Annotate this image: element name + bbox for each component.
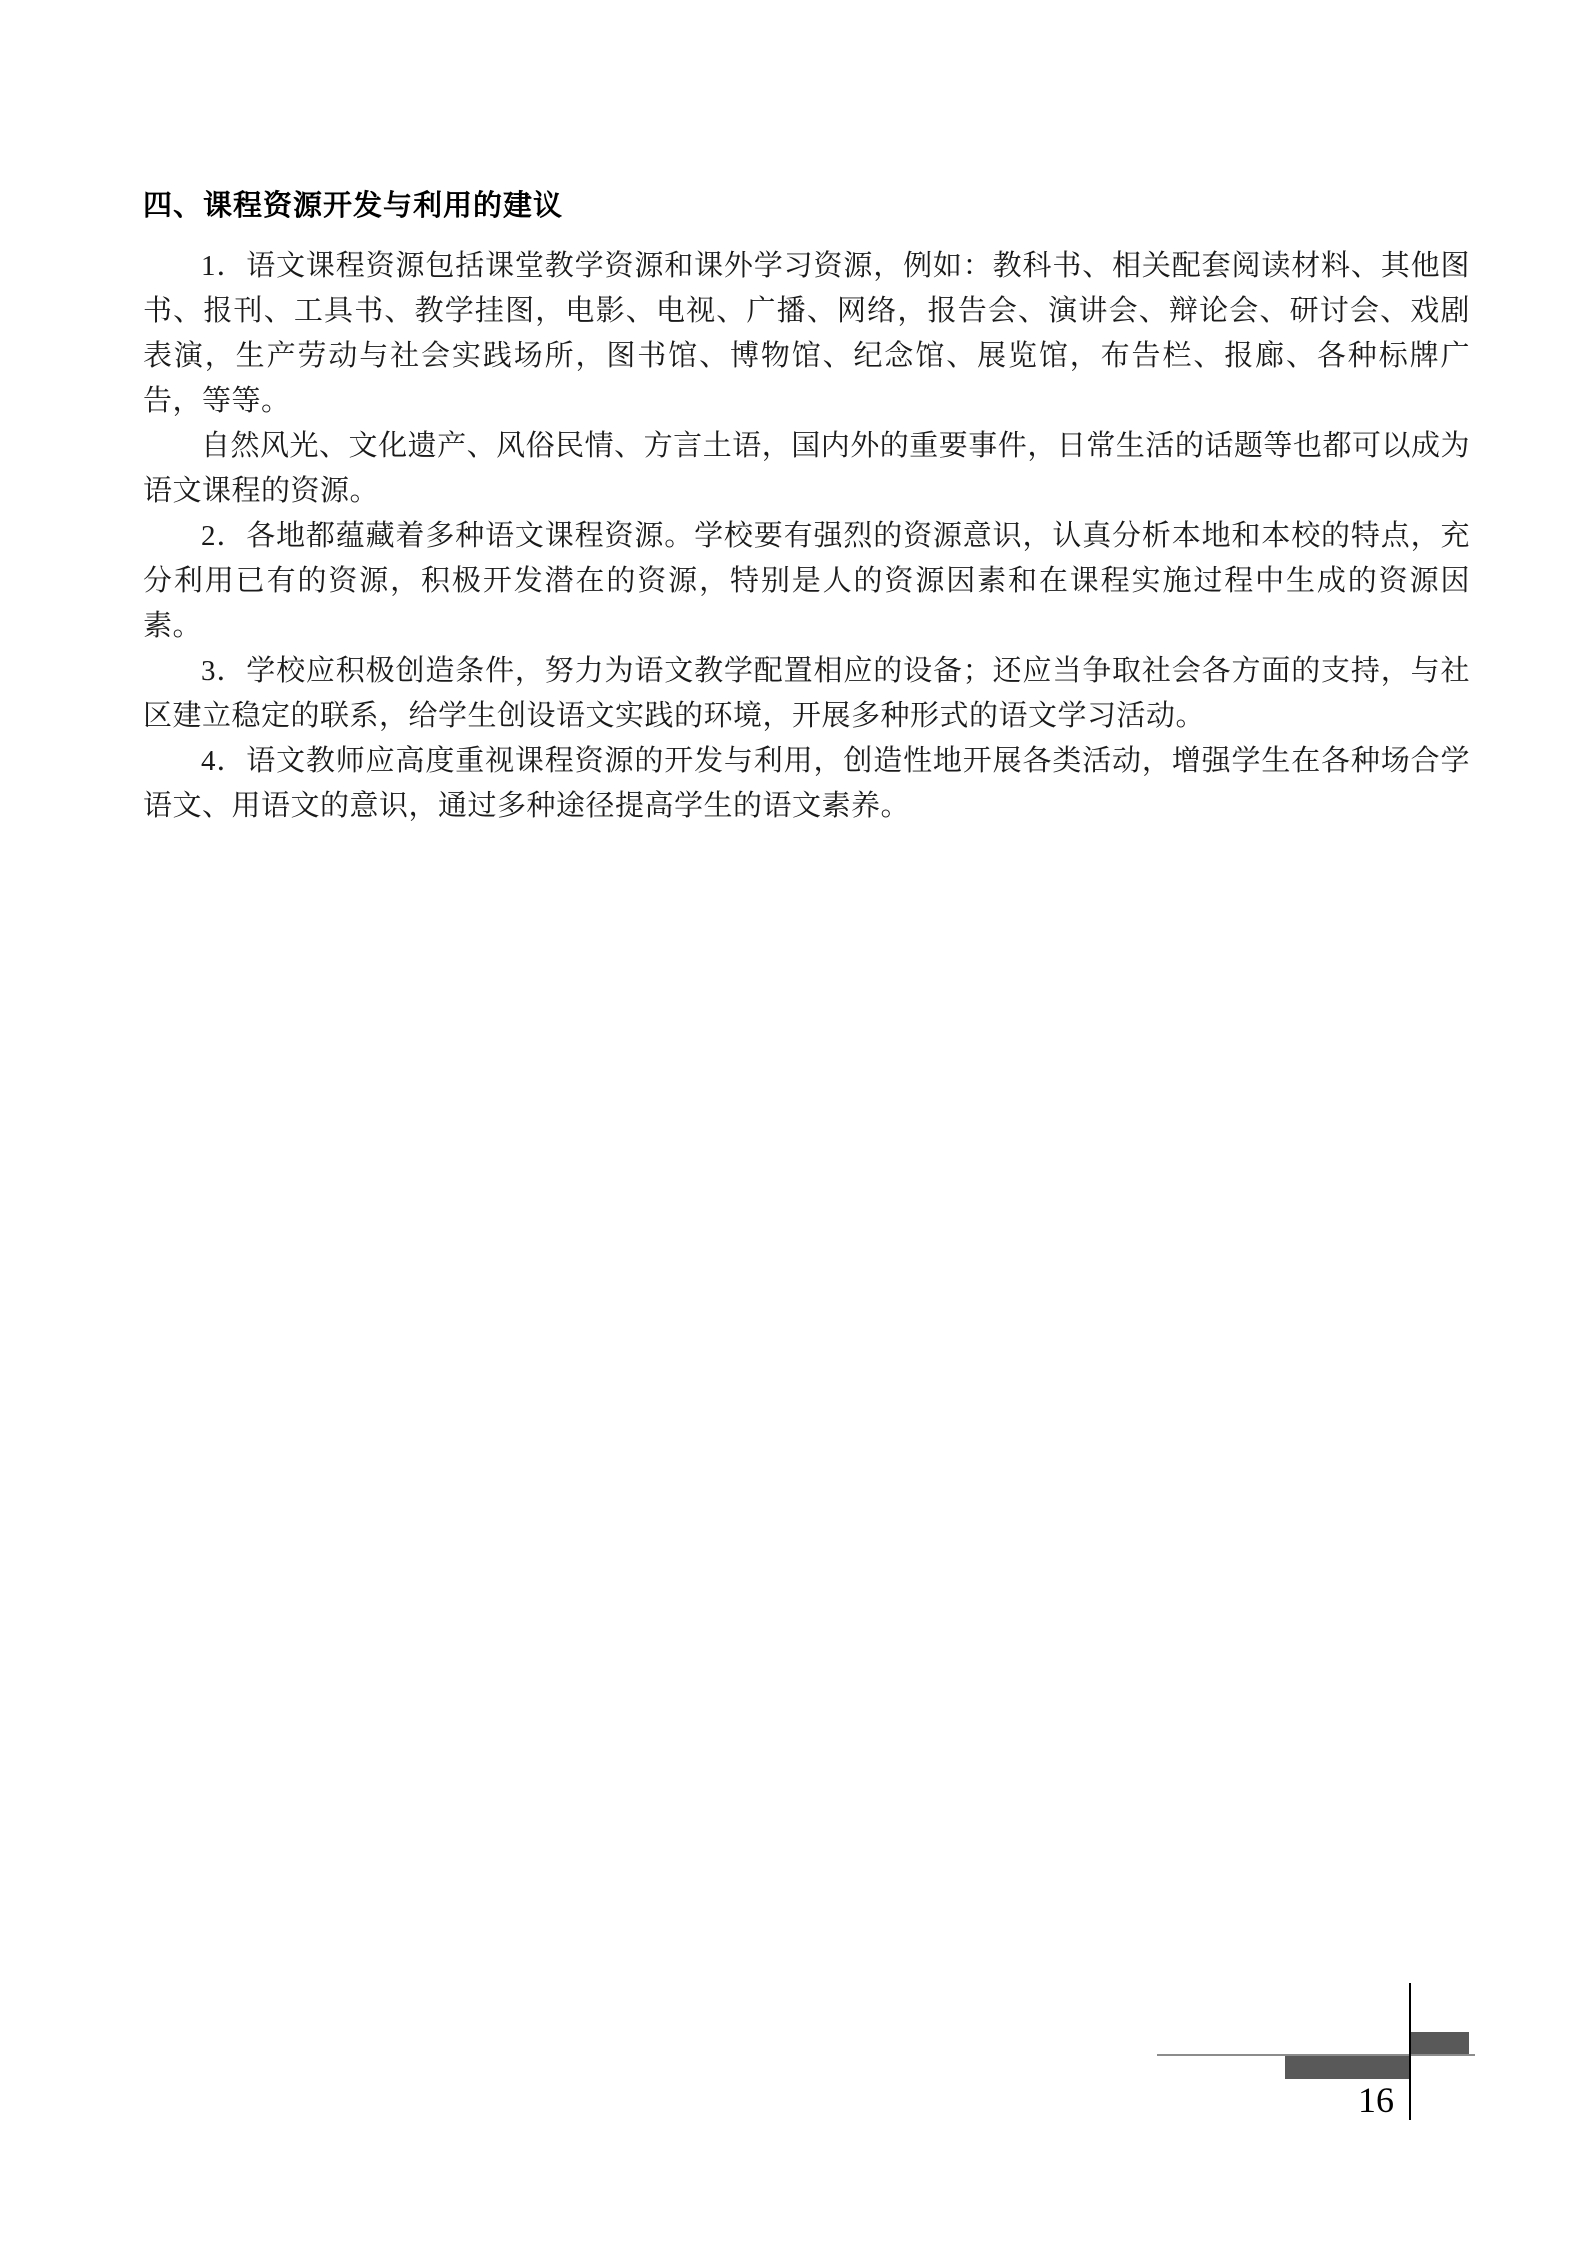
document-page: 四、课程资源开发与利用的建议 1．语文课程资源包括课堂教学资源和课外学习资源，例…	[0, 0, 1587, 2245]
section-heading: 四、课程资源开发与利用的建议	[143, 190, 1470, 222]
document-content: 四、课程资源开发与利用的建议 1．语文课程资源包括课堂教学资源和课外学习资源，例…	[143, 190, 1470, 829]
body-paragraph: 自然风光、文化遗产、风俗民情、方言土语，国内外的重要事件，日常生活的话题等也都可…	[143, 424, 1470, 514]
body-paragraph: 3．学校应积极创造条件，努力为语文教学配置相应的设备；还应当争取社会各方面的支持…	[143, 649, 1470, 739]
footer-vertical-rule	[1409, 1983, 1411, 2120]
body-paragraph: 4．语文教师应高度重视课程资源的开发与利用，创造性地开展各类活动，增强学生在各种…	[143, 739, 1470, 829]
body-paragraph: 2．各地都蕴藏着多种语文课程资源。学校要有强烈的资源意识，认真分析本地和本校的特…	[143, 514, 1470, 649]
footer-bar-upper	[1411, 2032, 1469, 2054]
footer-bar-lower	[1285, 2056, 1410, 2079]
body-paragraph: 1．语文课程资源包括课堂教学资源和课外学习资源，例如：教科书、相关配套阅读材料、…	[143, 244, 1470, 424]
page-number: 16	[1348, 2080, 1404, 2120]
